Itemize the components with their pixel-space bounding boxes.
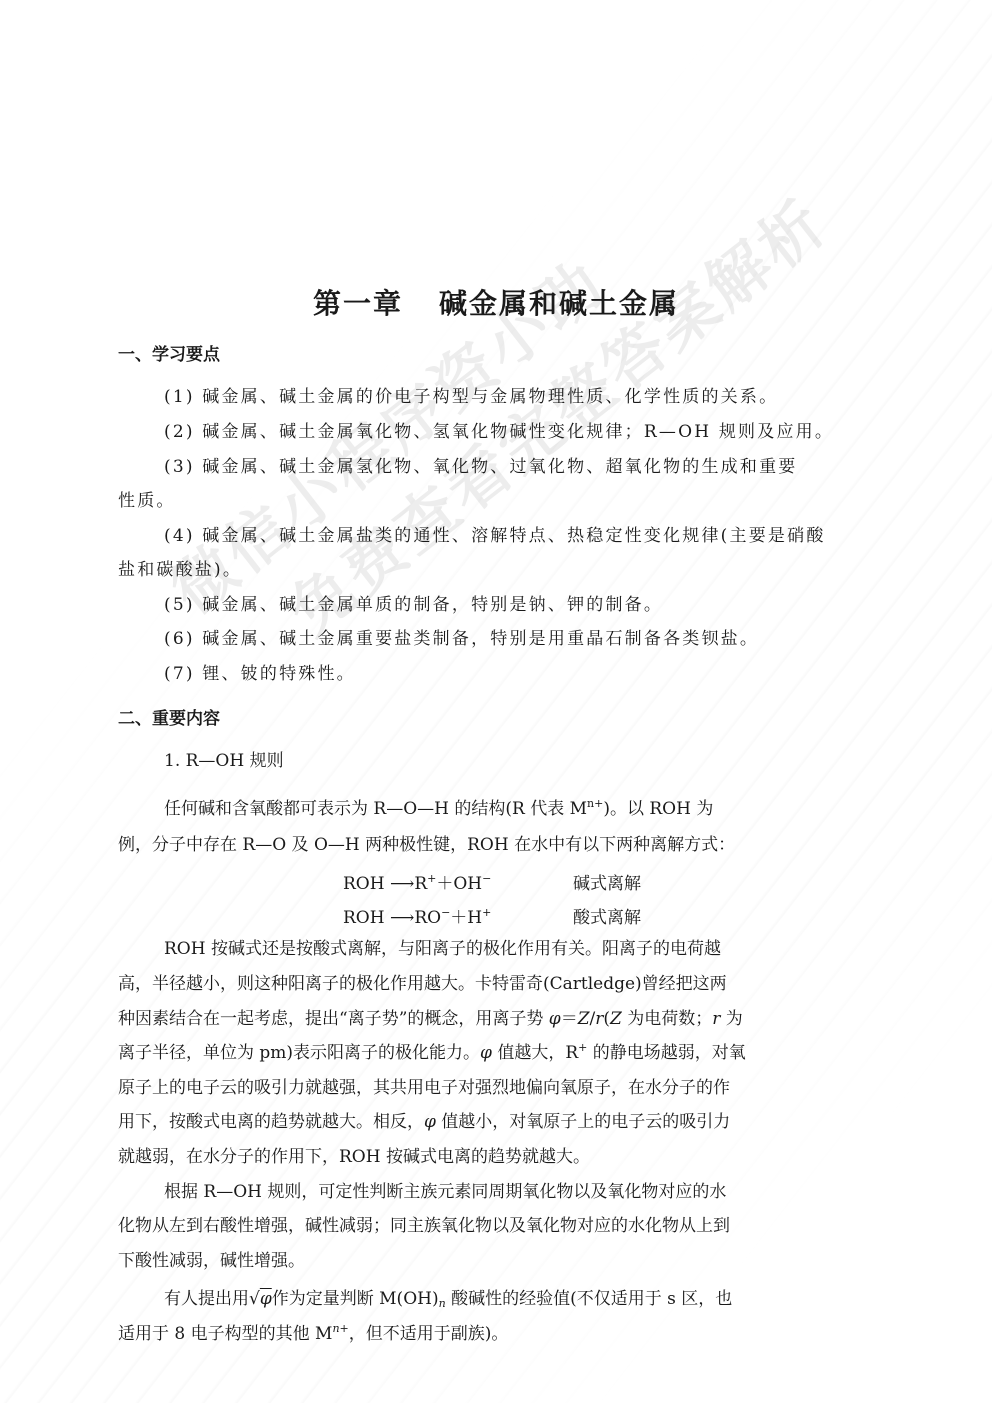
para2-line5: 原子上的电子云的吸引力就越强，其共用电子对强烈地偏向氧原子，在水分子的作 <box>118 1077 900 1099</box>
para2-line4: 离子半径，单位为 pm)表示阳离子的极化能力。φ 值越大，R+ 的静电场越弱，对… <box>118 1042 900 1064</box>
key-point-5: (5) 碱金属、碱土金属单质的制备，特别是钠、钾的制备。 <box>118 594 900 616</box>
para3-line2: 化物从左到右酸性增强，碱性减弱；同主族氧化物以及氧化物对应的水化物从上到 <box>118 1215 900 1237</box>
para1-line1: 任何碱和含氧酸都可表示为 R—O—H 的结构(R 代表 Mn+)。以 ROH 为 <box>118 798 900 820</box>
equation-label: 碱式离解 <box>573 869 641 894</box>
para2-line7: 就越弱，在水分子的作用下，ROH 按碱式电离的趋势就越大。 <box>118 1146 900 1168</box>
section-heading-key-points: 一、学习要点 <box>118 340 220 365</box>
para2-line1: ROH 按碱式还是按酸式离解，与阳离子的极化作用有关。阳离子的电荷越 <box>118 938 900 960</box>
subsection-heading-roh-rule: 1. R—OH 规则 <box>118 750 900 772</box>
key-point-4-cont: 盐和碳酸盐)。 <box>118 559 900 581</box>
para4-line1: 有人提出用√φ作为定量判断 M(OH)n 酸碱性的经验值(不仅适用于 s 区，也 <box>118 1288 900 1310</box>
para2-line6: 用下，按酸式电离的趋势就越大。相反，φ 值越小，对氧原子上的电子云的吸引力 <box>118 1111 900 1133</box>
key-point-1: (1) 碱金属、碱土金属的价电子构型与金属物理性质、化学性质的关系。 <box>118 386 900 408</box>
para2-line3: 种因素结合在一起考虑，提出“离子势”的概念，用离子势 φ＝Z/r(Z 为电荷数；… <box>118 1008 900 1030</box>
chapter-name: 碱金属和碱土金属 <box>439 287 679 320</box>
key-point-7: (7) 锂、铍的特殊性。 <box>118 663 900 685</box>
section-heading-important-content: 二、重要内容 <box>118 704 220 729</box>
equation-label: 酸式离解 <box>573 903 641 928</box>
para4-line2: 适用于 8 电子构型的其他 Mn+，但不适用于副族)。 <box>118 1323 900 1345</box>
key-point-3-cont: 性质。 <box>118 490 900 512</box>
para3-line3: 下酸性减弱，碱性增强。 <box>118 1250 900 1272</box>
para1-line2: 例，分子中存在 R—O 及 O—H 两种极性键，ROH 在水中有以下两种离解方式… <box>118 834 900 856</box>
para3-line1: 根据 R—OH 规则，可定性判断主族元素同周期氧化物以及氧化物对应的水 <box>118 1181 900 1203</box>
chapter-title: 第一章碱金属和碱土金属 <box>0 282 992 322</box>
key-point-3: (3) 碱金属、碱土金属氢化物、氧化物、过氧化物、超氧化物的生成和重要 <box>118 456 900 478</box>
equation-basic-dissociation: ROH ⟶R+＋OH− 碱式离解 <box>343 869 491 894</box>
key-point-4: (4) 碱金属、碱土金属盐类的通性、溶解特点、热稳定性变化规律(主要是硝酸 <box>118 525 900 547</box>
key-point-6: (6) 碱金属、碱土金属重要盐类制备，特别是用重晶石制备各类钡盐。 <box>118 628 900 650</box>
equation-acidic-dissociation: ROH ⟶RO−＋H+ 酸式离解 <box>343 903 491 928</box>
key-point-2: (2) 碱金属、碱土金属氧化物、氢氧化物碱性变化规律；R—OH 规则及应用。 <box>118 421 900 443</box>
para2-line2: 高，半径越小，则这种阳离子的极化作用越大。卡特雷奇(Cartledge)曾经把这… <box>118 973 900 995</box>
chapter-number: 第一章 <box>313 287 403 320</box>
